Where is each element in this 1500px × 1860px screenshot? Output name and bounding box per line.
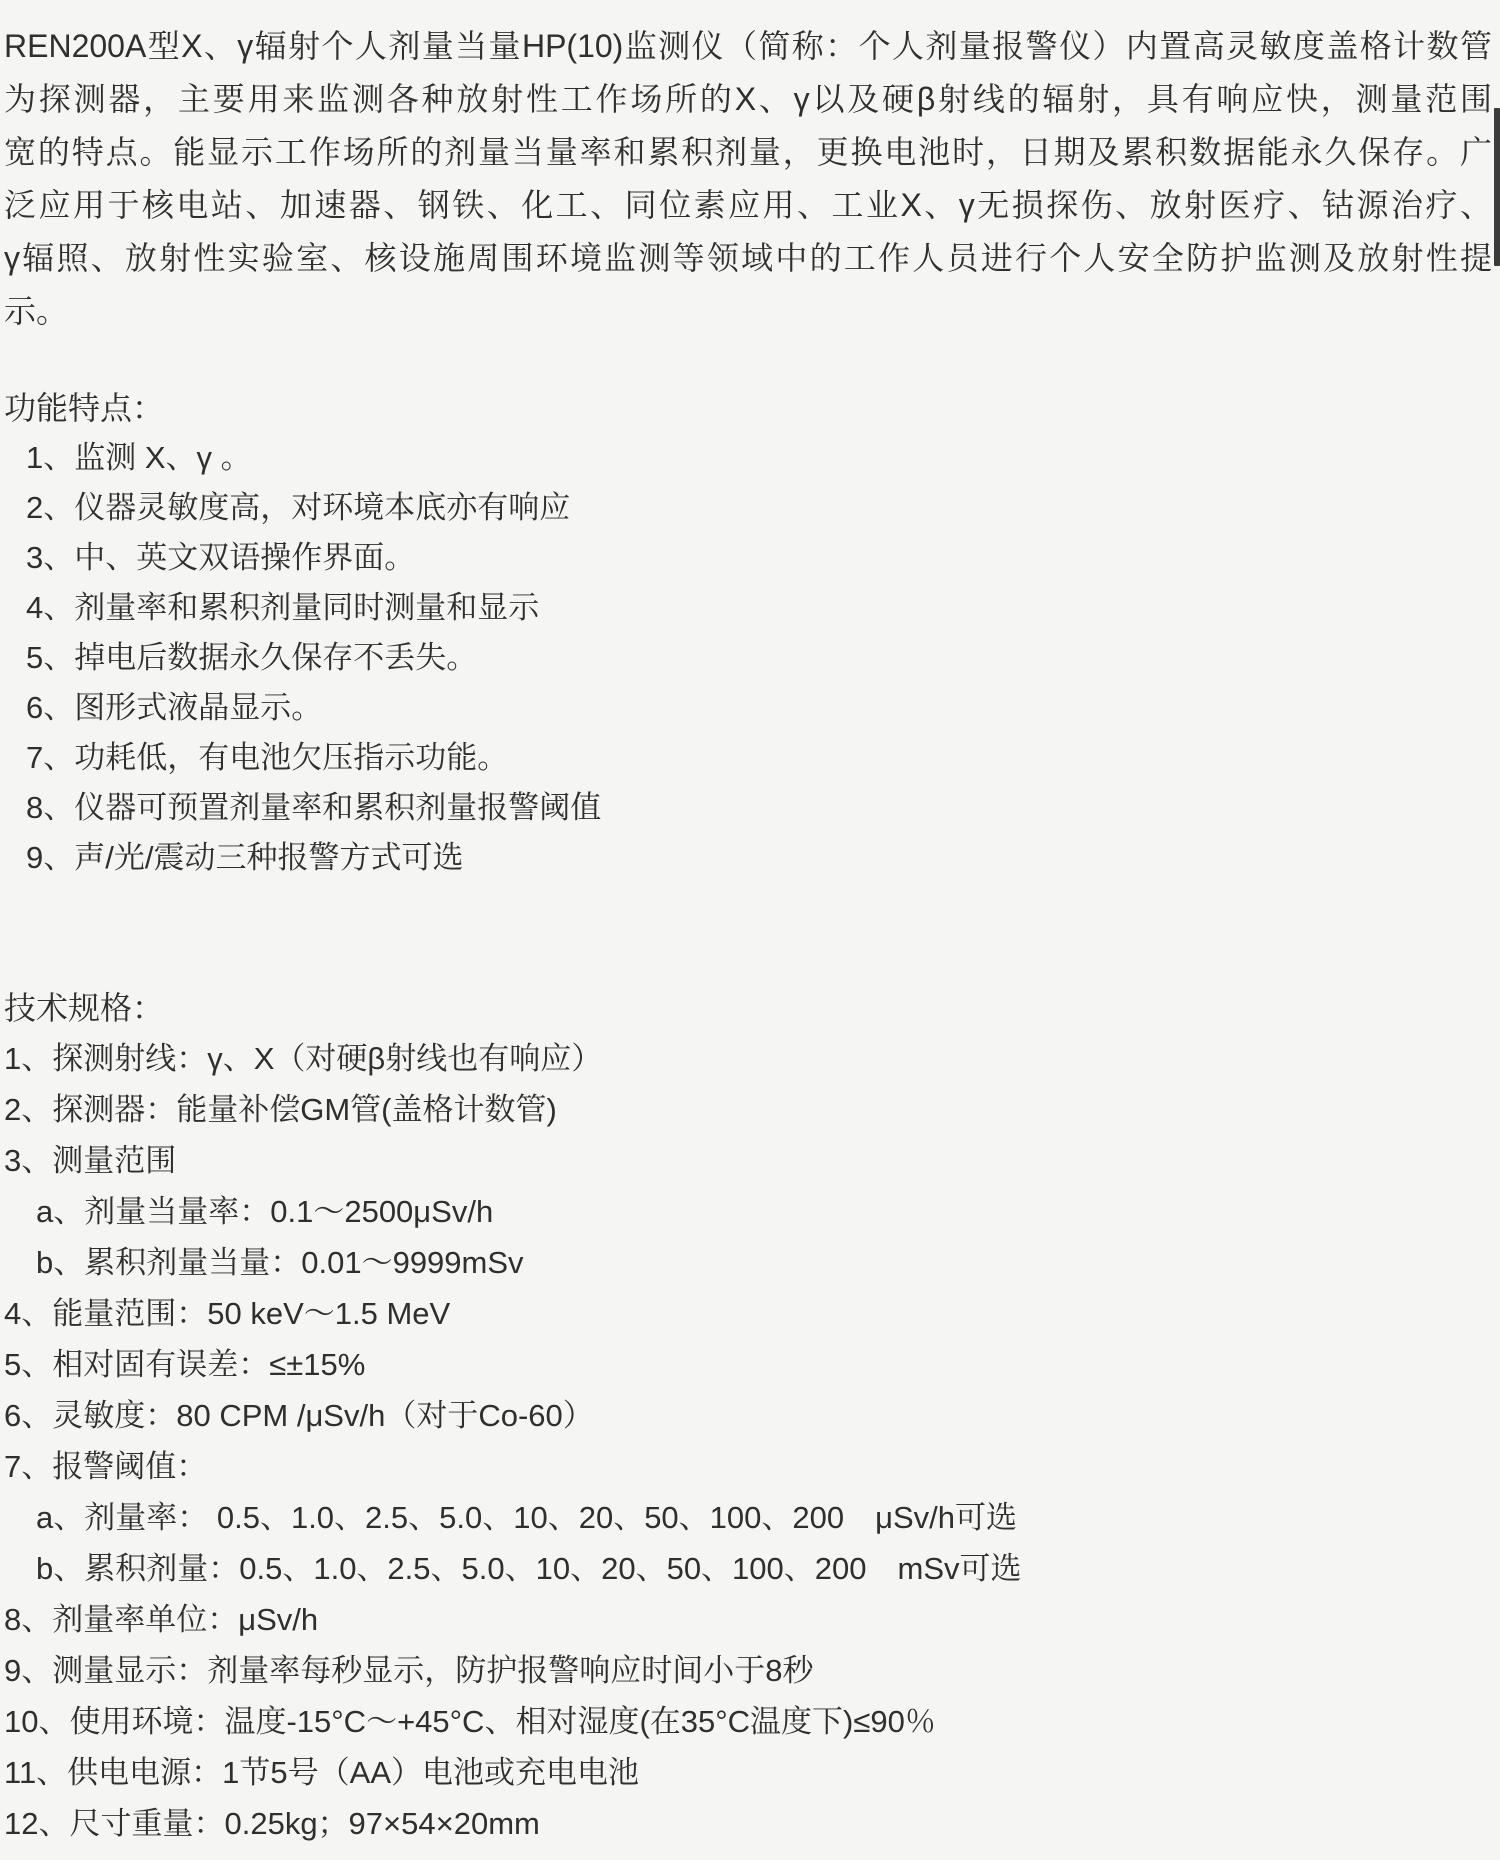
spec-item: 7、报警阈值： [4, 1441, 1492, 1492]
spec-item: 10、使用环境：温度-15°C～+45°C、相对湿度(在35°C温度下)≤90％ [4, 1696, 1492, 1747]
intro-paragraph: REN200A型X、γ辐射个人剂量当量HP(10)监测仪（简称：个人剂量报警仪）… [4, 20, 1492, 338]
spec-item: 6、灵敏度：80 CPM /μSv/h（对于Co-60） [4, 1390, 1492, 1441]
spec-item: 11、供电电源：1节5号（AA）电池或充电电池 [4, 1747, 1492, 1798]
specs-heading: 技术规格： [4, 983, 1492, 1033]
spec-item: b、累积剂量：0.5、1.0、2.5、5.0、10、20、50、100、200 … [4, 1543, 1492, 1594]
spec-item: 3、测量范围 [4, 1135, 1492, 1186]
intro-line: 泛应用于核电站、加速器、钢铁、化工、同位素应用、工业X、γ无损探伤、放射医疗、钴… [4, 179, 1492, 232]
spec-item: 5、相对固有误差：≤±15% [4, 1339, 1492, 1390]
spec-item: 2、探测器：能量补偿GM管(盖格计数管) [4, 1084, 1492, 1135]
intro-line: 示。 [4, 285, 1492, 338]
scan-artifact-right-edge [1494, 108, 1500, 266]
feature-item: 6、图形式液晶显示。 [4, 683, 1492, 733]
feature-item: 7、功耗低，有电池欠压指示功能。 [4, 733, 1492, 783]
intro-line: 为探测器，主要用来监测各种放射性工作场所的X、γ以及硬β射线的辐射，具有响应快，… [4, 73, 1492, 126]
features-list: 1、监测 X、γ 。 2、仪器灵敏度高，对环境本底亦有响应 3、中、英文双语操作… [4, 433, 1492, 883]
feature-item: 9、声/光/震动三种报警方式可选 [4, 833, 1492, 883]
intro-line: REN200A型X、γ辐射个人剂量当量HP(10)监测仪（简称：个人剂量报警仪）… [4, 20, 1492, 73]
spec-item: 9、测量显示：剂量率每秒显示，防护报警响应时间小于8秒 [4, 1645, 1492, 1696]
spec-item: b、累积剂量当量：0.01～9999mSv [4, 1237, 1492, 1288]
feature-item: 1、监测 X、γ 。 [4, 433, 1492, 483]
spec-item: 8、剂量率单位：μSv/h [4, 1594, 1492, 1645]
feature-item: 3、中、英文双语操作界面。 [4, 533, 1492, 583]
spec-item: a、剂量当量率：0.1～2500μSv/h [4, 1186, 1492, 1237]
feature-item: 5、掉电后数据永久保存不丢失。 [4, 633, 1492, 683]
spec-item: 12、尺寸重量：0.25kg；97×54×20mm [4, 1798, 1492, 1849]
feature-item: 8、仪器可预置剂量率和累积剂量报警阈值 [4, 783, 1492, 833]
intro-line: γ辐照、放射性实验室、核设施周围环境监测等领域中的工作人员进行个人安全防护监测及… [4, 232, 1492, 285]
feature-item: 4、剂量率和累积剂量同时测量和显示 [4, 583, 1492, 633]
spec-item: 1、探测射线：γ、X（对硬β射线也有响应） [4, 1033, 1492, 1084]
specs-list: 1、探测射线：γ、X（对硬β射线也有响应） 2、探测器：能量补偿GM管(盖格计数… [4, 1033, 1492, 1849]
intro-line: 宽的特点。能显示工作场所的剂量当量率和累积剂量，更换电池时，日期及累积数据能永久… [4, 126, 1492, 179]
feature-item: 2、仪器灵敏度高，对环境本底亦有响应 [4, 483, 1492, 533]
document-page: REN200A型X、γ辐射个人剂量当量HP(10)监测仪（简称：个人剂量报警仪）… [0, 0, 1500, 1860]
features-heading: 功能特点： [4, 383, 1492, 433]
spec-item: 4、能量范围：50 keV～1.5 MeV [4, 1288, 1492, 1339]
spec-item: a、剂量率： 0.5、1.0、2.5、5.0、10、20、50、100、200 … [4, 1492, 1492, 1543]
